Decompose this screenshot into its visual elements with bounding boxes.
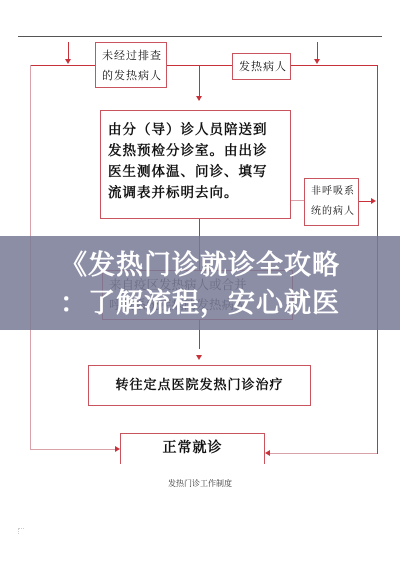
to-triage-line: [199, 65, 200, 100]
left-return-bottom: [30, 449, 116, 450]
title-banner: 《发热门诊就诊全攻略 ：了解流程，安心就医: [0, 236, 400, 330]
triage-line1: 由分（导）诊人员陪送到: [108, 120, 290, 141]
triage-line3: 医生测体温、问诊、填写: [108, 162, 290, 183]
triage-line2: 发热预检分诊室。由出诊: [108, 141, 290, 162]
to-transfer-arrow: [196, 355, 202, 360]
normal-visit-label: 正常就诊: [163, 440, 223, 456]
top-rule: [18, 36, 382, 37]
node-non-respiratory: 非呼吸系 统的病人: [304, 178, 359, 226]
right-return-bottom: [270, 453, 377, 454]
arrow-into-normal-right: [265, 450, 270, 456]
node-unscreened-fever-patient: 未经过排查 的发热病人: [95, 42, 167, 88]
node-fever-patient-label: 发热病人: [239, 60, 287, 73]
node-fever-patient: 发热病人: [232, 53, 291, 80]
node-unscreened-line2: 的发热病人: [102, 66, 166, 86]
banner-title-line1: 《发热门诊就诊全攻略: [0, 248, 400, 284]
node-triage-step: 由分（导）诊人员陪送到 发热预检分诊室。由出诊 医生测体温、问诊、填写 流调表并…: [100, 110, 291, 219]
corner-mark: [18, 528, 24, 534]
triage-line4: 流调表并标明去向。: [108, 183, 290, 204]
nonresp-line1: 非呼吸系: [311, 182, 358, 202]
diagram-caption: 发热门诊工作制度: [0, 478, 400, 489]
entry-arrow-right: [314, 59, 320, 64]
main-connector: [30, 65, 377, 66]
nonresp-line2: 统的病人: [311, 202, 358, 222]
banner-title-line2: ：了解流程，安心就医: [0, 286, 400, 322]
entry-arrow-left: [65, 59, 71, 64]
nonresp-arrow: [371, 198, 376, 204]
to-triage-arrow: [196, 96, 202, 101]
node-transfer-designated-hospital: 转往定点医院发热门诊治疗: [88, 365, 311, 406]
node-normal-visit: 正常就诊: [120, 433, 265, 464]
node-unscreened-line1: 未经过排查: [102, 46, 166, 66]
entry-line-left: [68, 42, 69, 60]
triage-to-nonresp-line: [291, 200, 304, 201]
entry-line-right: [317, 42, 318, 60]
transfer-label: 转往定点医院发热门诊治疗: [115, 378, 283, 393]
